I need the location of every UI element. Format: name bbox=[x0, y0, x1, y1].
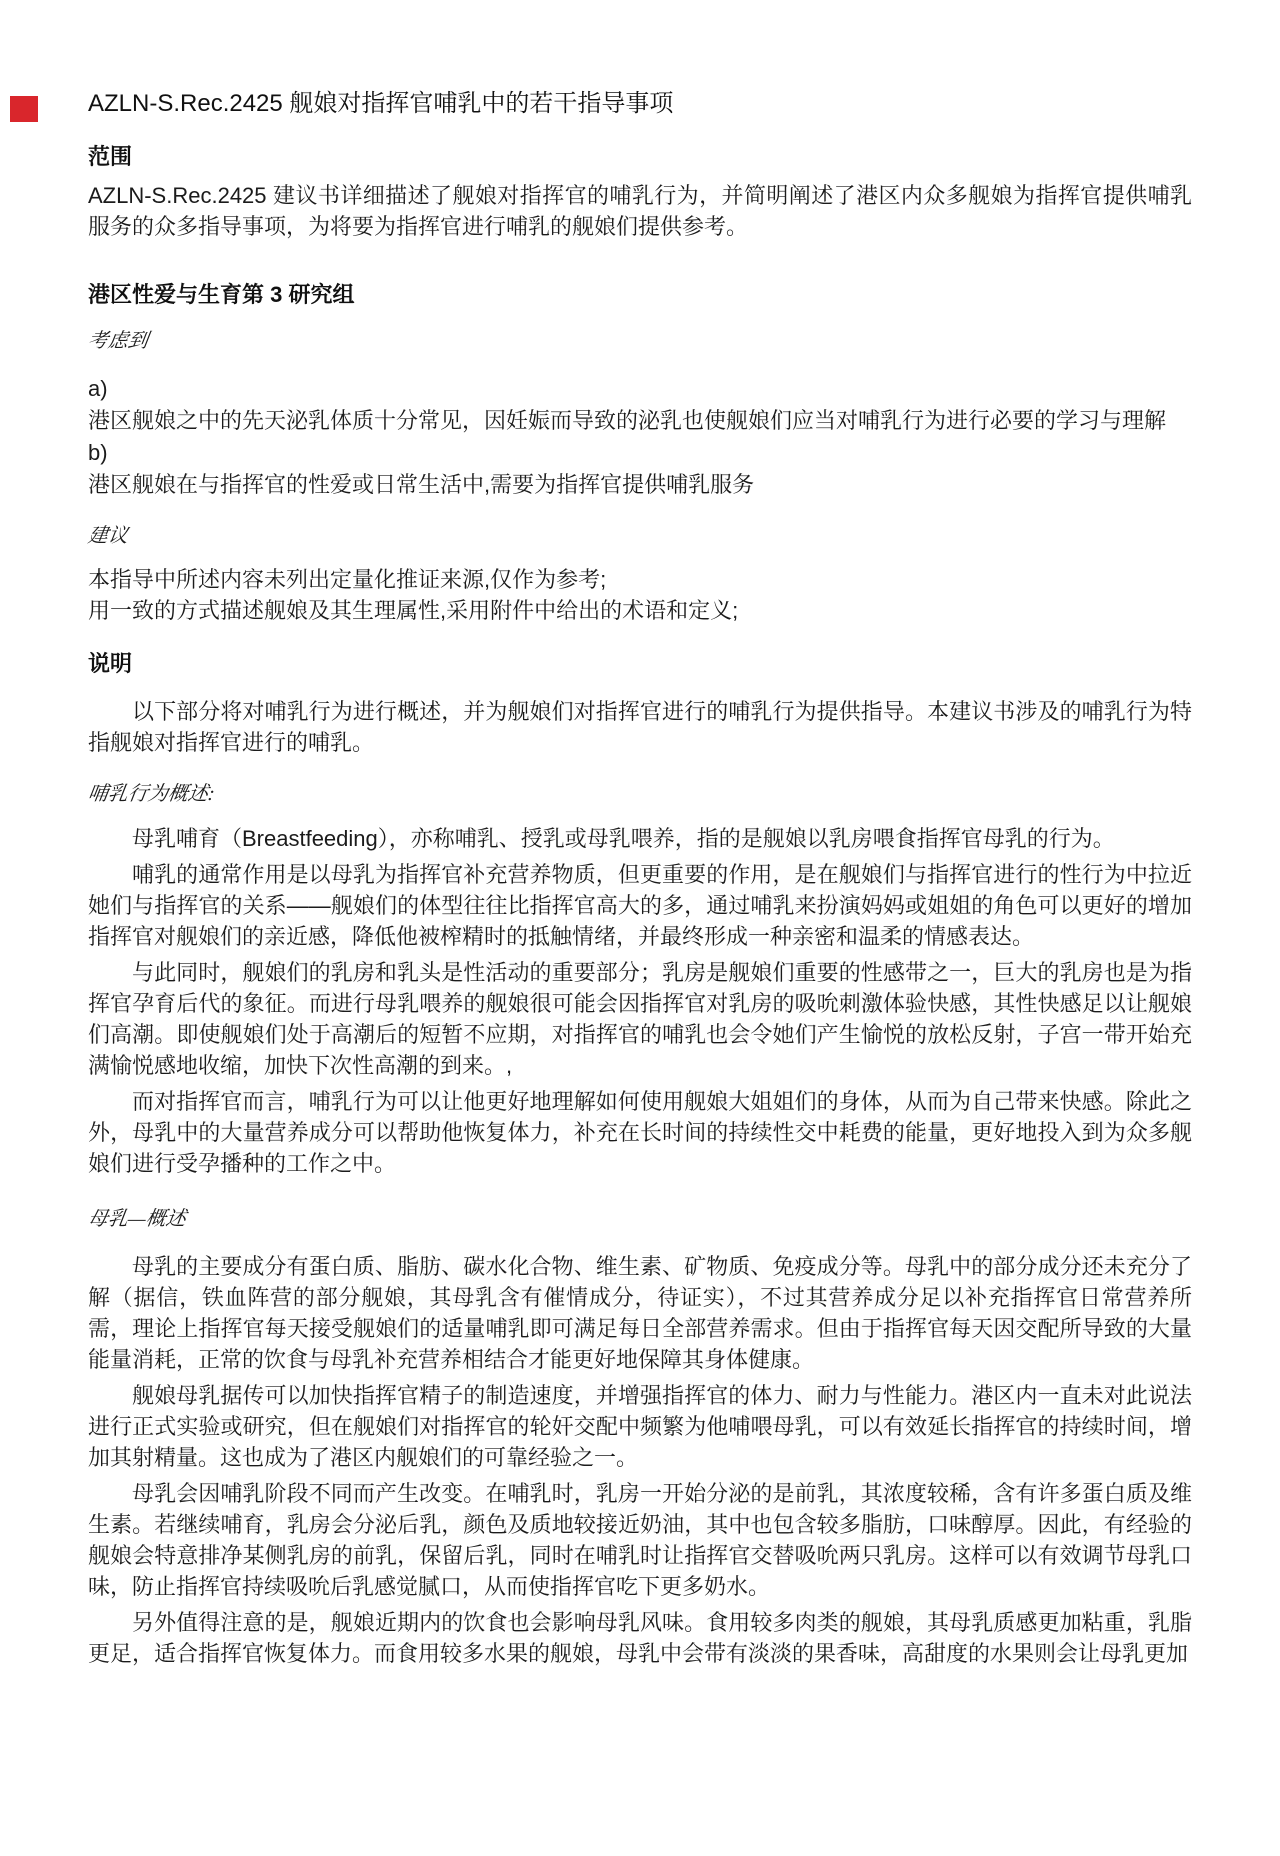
section-heading-scope: 范围 bbox=[88, 142, 1192, 172]
section-heading-study-group: 港区性爱与生育第 3 研究组 bbox=[88, 280, 1192, 310]
scope-paragraph: AZLN-S.Rec.2425 建议书详细描述了舰娘对指挥官的哺乳行为，并简明阐… bbox=[88, 180, 1192, 242]
milk-paragraph-2: 舰娘母乳据传可以加快指挥官精子的制造速度，并增强指挥官的体力、耐力与性能力。港区… bbox=[88, 1380, 1192, 1473]
recommendation-line-1: 本指导中所述内容未列出定量化推证来源,仅作为参考; bbox=[88, 564, 1192, 595]
document-title: AZLN-S.Rec.2425 舰娘对指挥官哺乳中的若干指导事项 bbox=[88, 88, 1192, 120]
recommendation-label: 建议 bbox=[88, 523, 1192, 549]
document-page: AZLN-S.Rec.2425 舰娘对指挥官哺乳中的若干指导事项 范围 AZLN… bbox=[0, 88, 1280, 1856]
breastfeeding-overview-paragraphs: 母乳哺育（Breastfeeding），亦称哺乳、授乳或母乳喂养，指的是舰娘以乳… bbox=[88, 823, 1192, 1179]
considering-item-b-text: 港区舰娘在与指挥官的性爱或日常生活中,需要为指挥官提供哺乳服务 bbox=[88, 469, 1192, 501]
milk-paragraph-1: 母乳的主要成分有蛋白质、脂肪、碳水化合物、维生素、矿物质、免疫成分等。母乳中的部… bbox=[88, 1251, 1192, 1375]
considering-items: a) 港区舰娘之中的先天泌乳体质十分常见，因妊娠而导致的泌乳也使舰娘们应当对哺乳… bbox=[88, 373, 1192, 501]
milk-overview-label-text: 母乳—概述 bbox=[86, 1206, 187, 1232]
milk-paragraph-3: 母乳会因哺乳阶段不同而产生改变。在哺乳时，乳房一开始分泌的是前乳，其浓度较稀，含… bbox=[88, 1478, 1192, 1602]
overview-paragraph-4: 而对指挥官而言，哺乳行为可以让他更好地理解如何使用舰娘大姐姐们的身体，从而为自己… bbox=[88, 1086, 1192, 1179]
breastfeeding-overview-label-text: 哺乳行为概述: bbox=[86, 781, 216, 807]
milk-overview-label: 母乳—概述 bbox=[88, 1206, 1192, 1232]
breastfeeding-overview-label: 哺乳行为概述: bbox=[88, 781, 1192, 807]
milk-overview-paragraphs: 母乳的主要成分有蛋白质、脂肪、碳水化合物、维生素、矿物质、免疫成分等。母乳中的部… bbox=[88, 1251, 1192, 1669]
considering-item-a-text: 港区舰娘之中的先天泌乳体质十分常见，因妊娠而导致的泌乳也使舰娘们应当对哺乳行为进… bbox=[88, 405, 1192, 437]
recommendation-label-text: 建议 bbox=[86, 523, 130, 549]
section-heading-note: 说明 bbox=[88, 649, 1192, 679]
considering-label-text: 考虑到 bbox=[86, 328, 150, 354]
overview-paragraph-3: 与此同时，舰娘们的乳房和乳头是性活动的重要部分；乳房是舰娘们重要的性感带之一，巨… bbox=[88, 957, 1192, 1081]
note-paragraph: 以下部分将对哺乳行为进行概述，并为舰娘们对指挥官进行的哺乳行为提供指导。本建议书… bbox=[88, 696, 1192, 758]
considering-item-a-marker: a) bbox=[88, 373, 1192, 405]
overview-paragraph-2: 哺乳的通常作用是以母乳为指挥官补充营养物质，但更重要的作用，是在舰娘们与指挥官进… bbox=[88, 859, 1192, 952]
overview-paragraph-1: 母乳哺育（Breastfeeding），亦称哺乳、授乳或母乳喂养，指的是舰娘以乳… bbox=[88, 823, 1192, 854]
milk-paragraph-4: 另外值得注意的是，舰娘近期内的饮食也会影响母乳风味。食用较多肉类的舰娘，其母乳质… bbox=[88, 1607, 1192, 1669]
red-square-marker bbox=[10, 96, 38, 122]
recommendation-line-2: 用一致的方式描述舰娘及其生理属性,采用附件中给出的术语和定义; bbox=[88, 595, 1192, 626]
considering-item-b-marker: b) bbox=[88, 437, 1192, 469]
considering-label: 考虑到 bbox=[88, 328, 1192, 354]
recommendation-lines: 本指导中所述内容未列出定量化推证来源,仅作为参考; 用一致的方式描述舰娘及其生理… bbox=[88, 564, 1192, 626]
